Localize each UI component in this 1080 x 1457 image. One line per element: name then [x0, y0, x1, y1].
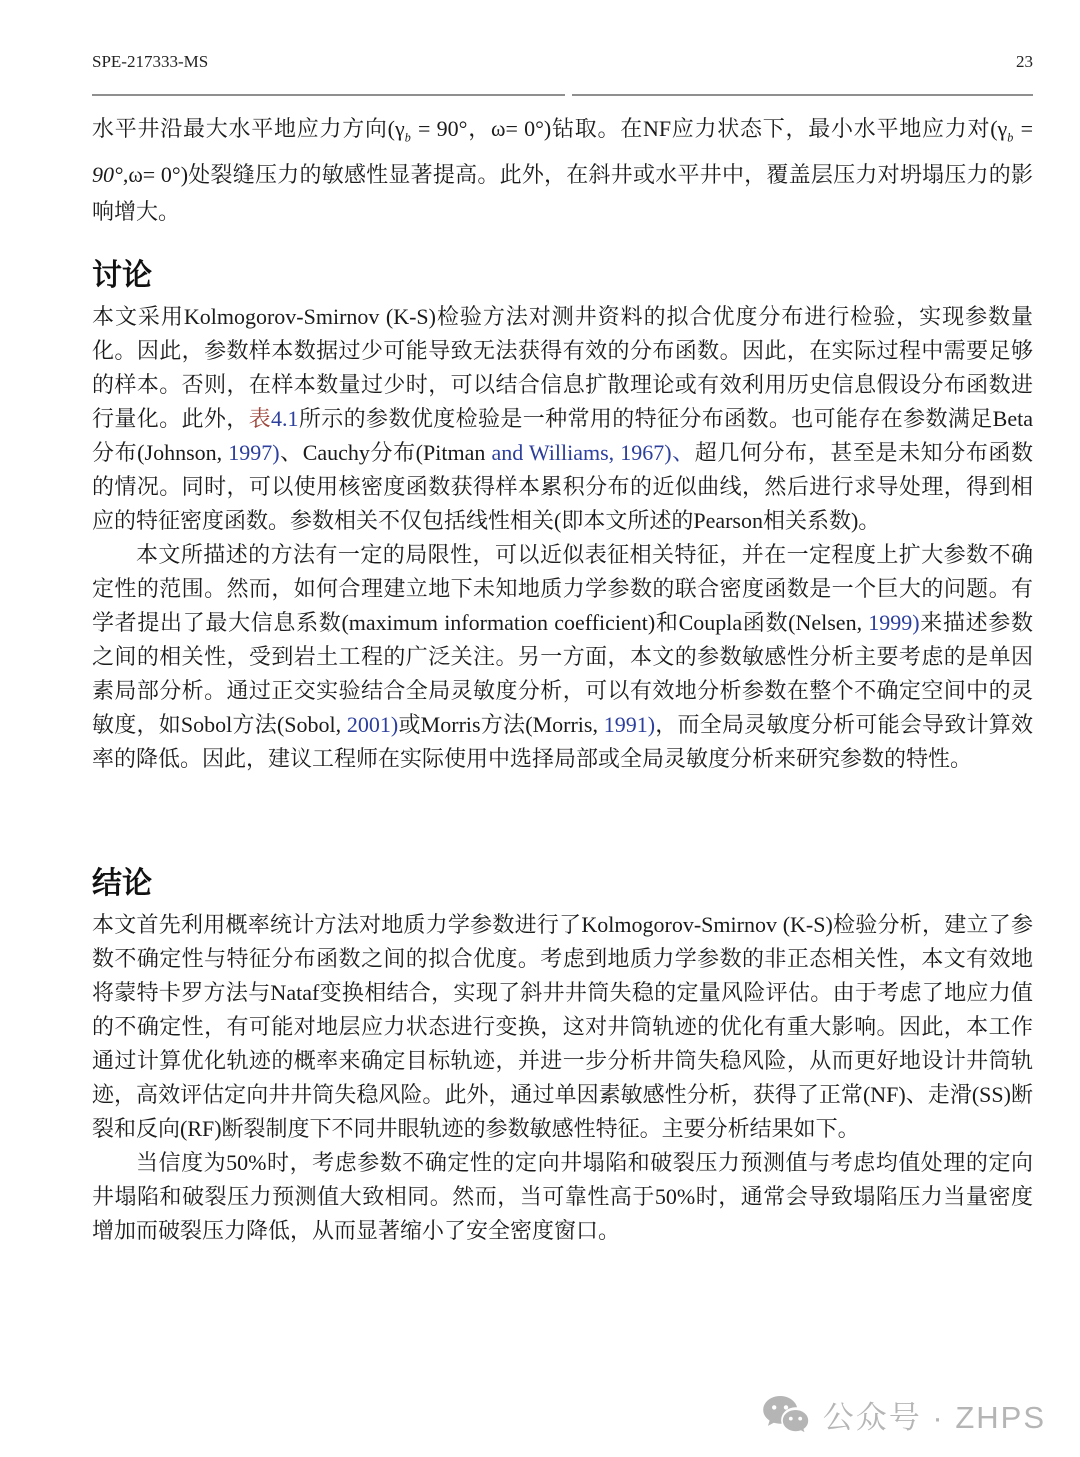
conclusion-heading: 结论	[92, 866, 1033, 902]
header-rule-right	[572, 94, 1033, 96]
citation-link[interactable]: 1991)	[604, 712, 655, 737]
wechat-watermark: 公众号 · ZHPS	[761, 1392, 1046, 1437]
text-segment: ,ω= 0°)处裂缝压力的敏感性显著提高。此外，在斜井或水平井中，覆盖层压力对坍…	[92, 162, 1033, 224]
discussion-heading: 讨论	[92, 258, 1033, 294]
text-segment: = 90°，ω= 0°)钻取。在NF应力状态下，最小水平地应力对(γ	[412, 116, 1008, 141]
conclusion-paragraph-2: 当信度为50%时，考虑参数不确定性的定向井塌陷和破裂压力预测值与考虑均值处理的定…	[92, 1146, 1033, 1248]
table-ref-link[interactable]: 表	[249, 406, 271, 431]
text-segment: 本文首先利用概率统计方法对地质力学参数进行了Kolmogorov-Smirnov…	[92, 912, 1033, 1141]
citation-link[interactable]: 4.1	[271, 406, 299, 431]
text-segment: 当信度为50%时，考虑参数不确定性的定向井塌陷和破裂压力预测值与考虑均值处理的定…	[92, 1150, 1033, 1243]
text-segment: b	[405, 130, 412, 144]
text-segment: 水平井沿最大水平地应力方向(γ	[92, 116, 405, 141]
document-id: SPE-217333-MS	[92, 52, 208, 72]
discussion-paragraph-2: 本文所描述的方法有一定的局限性，可以近似表征相关特征，并在一定程度上扩大参数不确…	[92, 538, 1033, 776]
text-segment: =	[1014, 116, 1033, 141]
citation-link[interactable]: and Williams, 1967)、	[491, 440, 694, 465]
paper-page: SPE-217333-MS 23 水平井沿最大水平地应力方向(γb = 90°，…	[0, 0, 1080, 1457]
citation-link[interactable]: 1999)	[868, 610, 919, 635]
text-segment: 或Morris方法(Morris,	[398, 712, 604, 737]
watermark-label: 公众号 · ZHPS	[823, 1392, 1046, 1437]
wechat-icon	[761, 1394, 811, 1436]
text-segment: 、Cauchy分布(Pitman	[280, 440, 492, 465]
header-rule-left	[92, 94, 565, 96]
page-content: SPE-217333-MS 23 水平井沿最大水平地应力方向(γb = 90°，…	[92, 0, 1033, 1248]
citation-link[interactable]: 1997)	[228, 440, 279, 465]
header-rule-gap	[565, 94, 572, 96]
page-number: 23	[1016, 52, 1033, 72]
citation-link[interactable]: 2001)	[347, 712, 398, 737]
text-segment: 90°	[92, 162, 123, 187]
conclusion-paragraph-1: 本文首先利用概率统计方法对地质力学参数进行了Kolmogorov-Smirnov…	[92, 908, 1033, 1146]
discussion-paragraph-1: 本文采用Kolmogorov-Smirnov (K-S)检验方法对测井资料的拟合…	[92, 300, 1033, 538]
header-rule	[92, 94, 1033, 96]
intro-paragraph: 水平井沿最大水平地应力方向(γb = 90°，ω= 0°)钻取。在NF应力状态下…	[92, 110, 1033, 230]
page-header: SPE-217333-MS 23	[92, 52, 1033, 72]
